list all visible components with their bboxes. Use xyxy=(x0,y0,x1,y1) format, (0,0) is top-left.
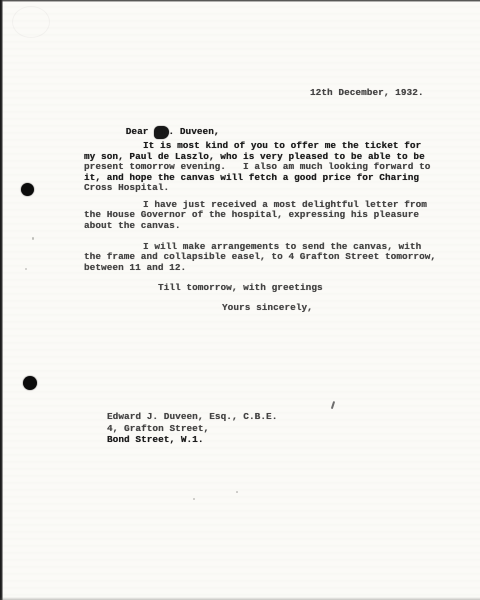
recipient-address-1: 4, Grafton Street, xyxy=(107,424,209,434)
scanned-letter-page: 12th December, 1932. Dear Mr. Duveen, It… xyxy=(0,0,480,600)
scan-edge-left xyxy=(0,0,3,600)
body-line: I have just received a most delightful l… xyxy=(143,200,427,210)
hole-punch-top xyxy=(21,183,34,196)
scan-smudge xyxy=(12,6,50,38)
body-line: my son, Paul de Laszlo, who is very plea… xyxy=(84,152,425,162)
ink-speck xyxy=(25,268,27,270)
valediction-line: Yours sincerely, xyxy=(222,303,313,313)
salutation-pre: Dear xyxy=(126,126,154,137)
body-line: about the canvas. xyxy=(84,221,181,231)
ink-speck xyxy=(193,498,195,500)
body-line: the frame and collapsible easel, to 4 Gr… xyxy=(84,252,436,262)
ink-speck xyxy=(236,491,238,493)
body-line: the House Governor of the hospital, expr… xyxy=(84,210,419,220)
ink-speck xyxy=(32,237,34,240)
body-line: I will make arrangements to send the can… xyxy=(143,242,421,252)
pencil-tick-mark xyxy=(331,401,335,409)
body-line: present tomorrow evening. I also am much… xyxy=(84,162,430,172)
hole-punch-bottom xyxy=(23,376,37,390)
body-line: it, and hope the canvas will fetch a goo… xyxy=(84,173,419,183)
date-line: 12th December, 1932. xyxy=(310,88,424,98)
body-line: It is most kind of you to offer me the t… xyxy=(143,141,421,151)
salutation-post: . Duveen, xyxy=(168,126,219,137)
scan-edge-top xyxy=(0,0,480,2)
body-line: between 11 and 12. xyxy=(84,263,186,273)
recipient-name: Edward J. Duveen, Esq., C.B.E. xyxy=(107,412,277,422)
closing-line: Till tomorrow, with greetings xyxy=(158,283,323,293)
recipient-address-2: Bond Street, W.1. xyxy=(107,435,204,445)
body-line: Cross Hospital. xyxy=(84,183,169,193)
